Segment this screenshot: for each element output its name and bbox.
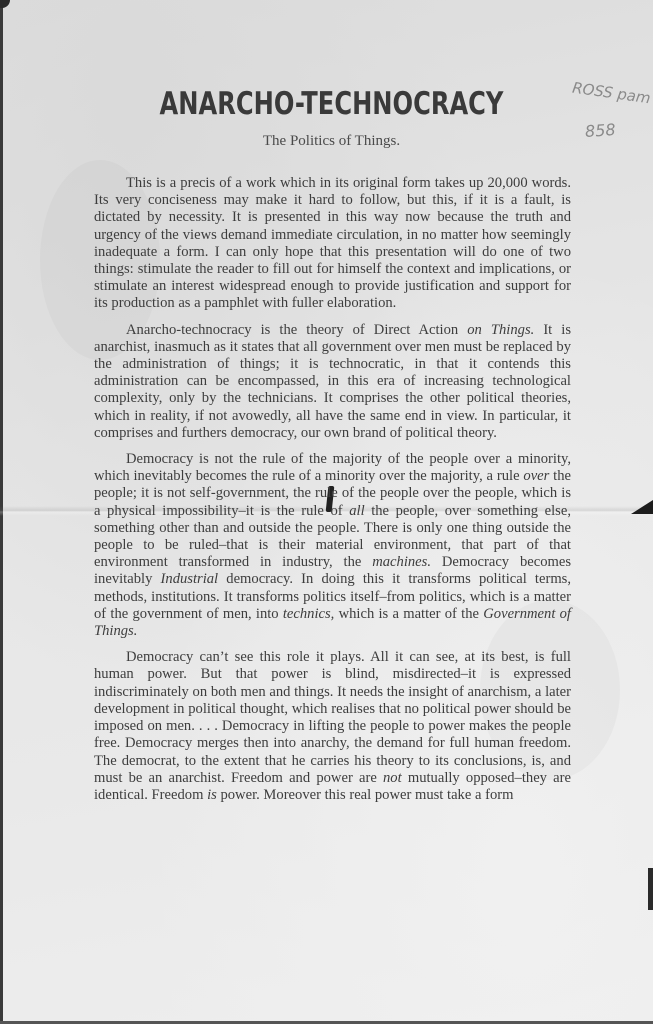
emphasized-text: on Things. [467, 322, 534, 338]
paragraph-text: Anarcho-technocracy is the theory of Dir… [126, 322, 467, 338]
emphasized-text: machines. [372, 554, 431, 570]
document-title: ANARCHO-TECHNOCRACY [73, 86, 590, 122]
emphasized-text: technics, [283, 606, 334, 622]
document-subtitle: The Politics of Things. [0, 133, 653, 150]
body-paragraph: Democracy is not the rule of the majorit… [94, 451, 571, 640]
paragraph-text: It is anarchist, inasmuch as it states t… [94, 322, 571, 441]
handwritten-annotation-line2: 858 [584, 120, 616, 141]
document-page: ANARCHO-TECHNOCRACY The Politics of Thin… [0, 0, 653, 1024]
document-body: This is a precis of a work which in its … [94, 175, 571, 813]
body-paragraph: Democracy can’t see this role it plays. … [94, 649, 571, 804]
paragraph-text: Democracy is not the rule of the majorit… [94, 451, 571, 484]
page-right-edge-mark [648, 868, 653, 910]
body-paragraph: Anarcho-technocracy is the theory of Dir… [94, 322, 571, 442]
paper-tear-right [631, 500, 653, 514]
page-corner-shadow [0, 0, 10, 8]
paragraph-text: which is a matter of the [334, 606, 483, 622]
paragraph-text: This is a precis of a work which in its … [94, 175, 571, 311]
emphasized-text: not [383, 770, 402, 786]
emphasized-text: over [523, 468, 549, 484]
body-paragraph: This is a precis of a work which in its … [94, 175, 571, 313]
paragraph-text: Democracy can’t see this role it plays. … [94, 649, 571, 785]
emphasized-text: Industrial [161, 571, 219, 587]
paragraph-text: power. Moreover this real power must tak… [217, 787, 514, 803]
emphasized-text: is [207, 787, 217, 803]
emphasized-text: all [349, 503, 364, 519]
